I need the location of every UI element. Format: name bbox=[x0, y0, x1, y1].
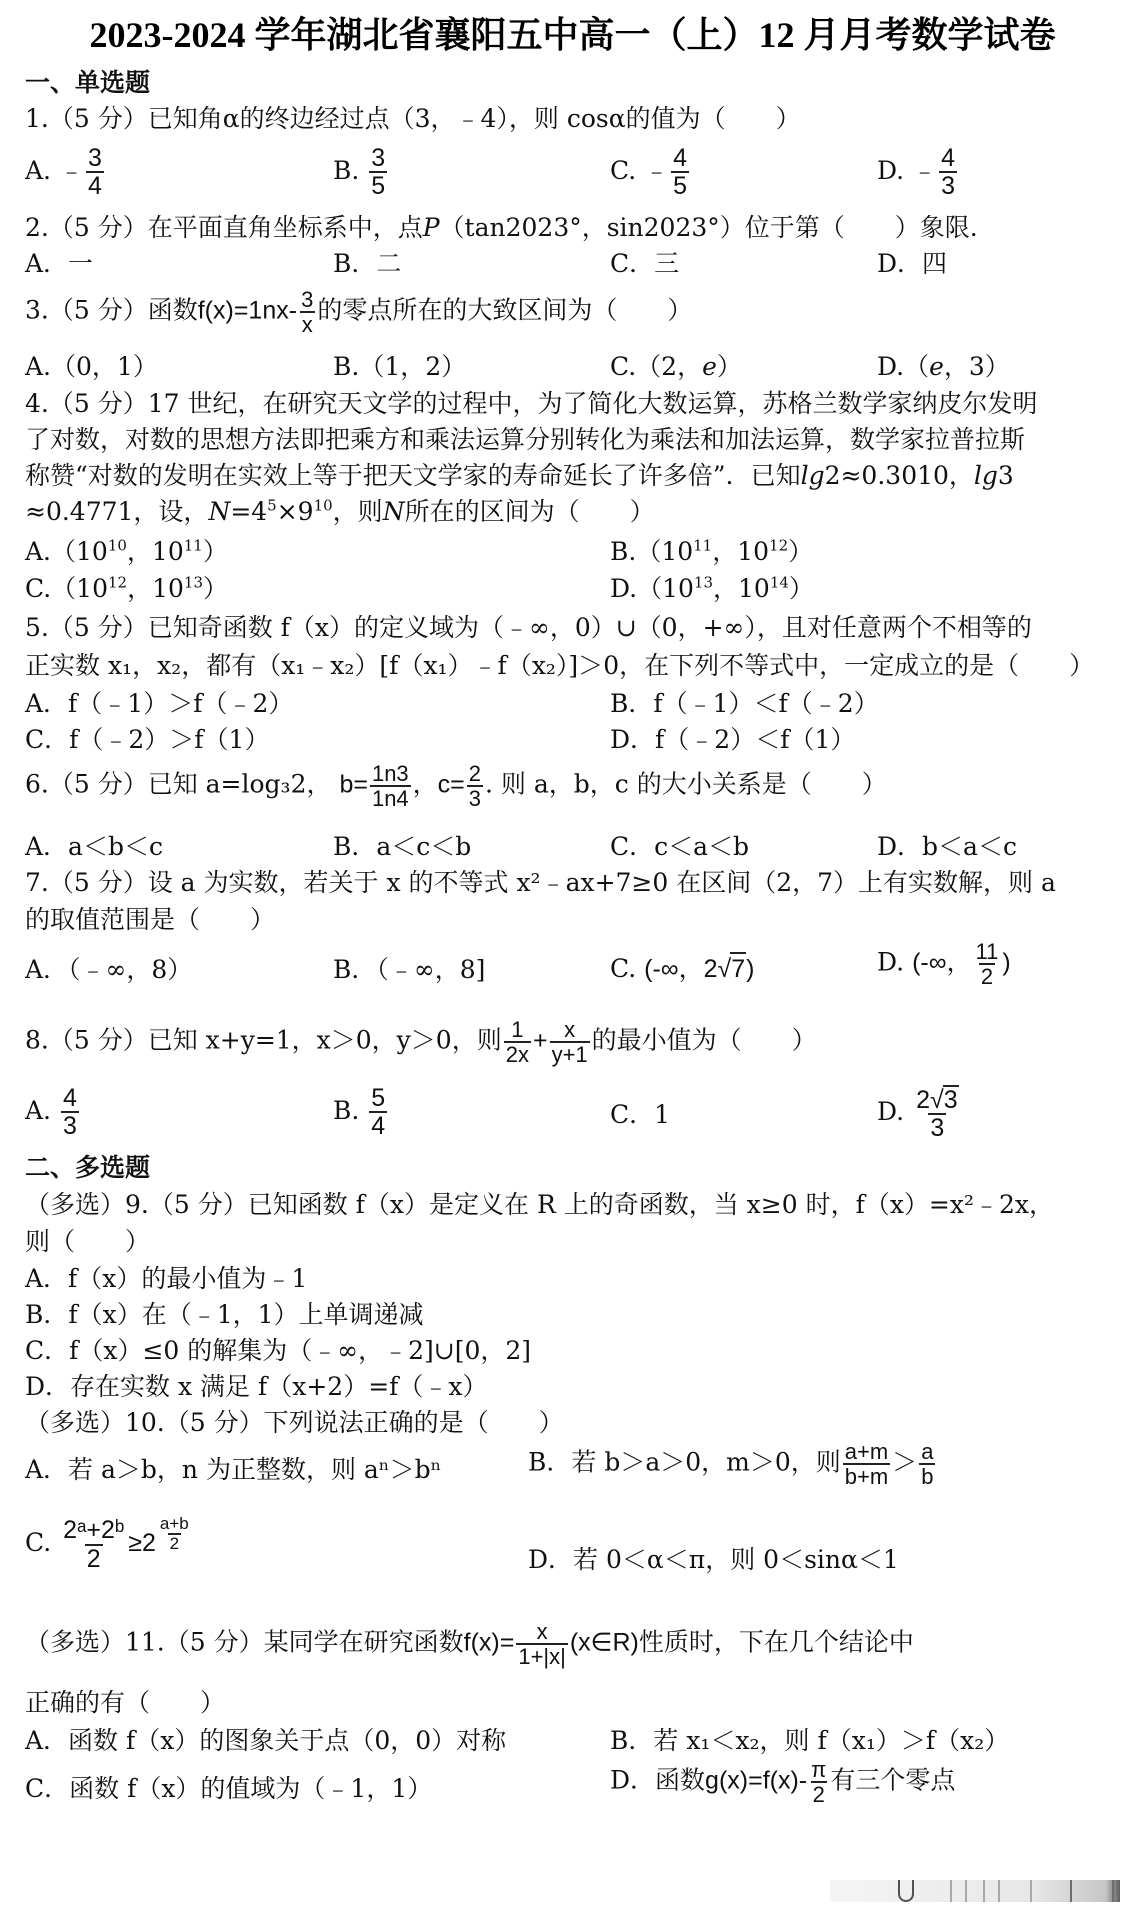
q4-option-a[interactable]: A.（1010，1011） bbox=[25, 537, 228, 567]
q3-option-d[interactable]: D.（e，3） bbox=[877, 352, 1010, 382]
q11-line-2: 正确的有（ ） bbox=[25, 1688, 225, 1718]
q10-stem: （多选）10.（5 分）下列说法正确的是（ ） bbox=[25, 1408, 564, 1438]
q1-option-b[interactable]: B. 35 bbox=[333, 145, 389, 200]
q1-option-a[interactable]: A. ﹣34 bbox=[25, 145, 106, 200]
q7-option-c[interactable]: C. (-∞，2√7) bbox=[610, 952, 755, 984]
section-single-choice: 一、单选题 bbox=[25, 68, 150, 98]
exam-paper: 2023-2024 学年湖北省襄阳五中高一（上）12 月月考数学试卷 一、单选题… bbox=[0, 0, 1145, 1923]
q10-option-c[interactable]: C. 2ᵃ+2ᵇ2≥2a+b2 bbox=[25, 1515, 193, 1572]
q7-option-b[interactable]: B．（﹣∞，8] bbox=[333, 955, 485, 985]
q5-option-a[interactable]: A．f（﹣1）＞f（﹣2） bbox=[25, 689, 293, 719]
q9-line-2: 则（ ） bbox=[25, 1227, 150, 1257]
q7-option-a[interactable]: A．（﹣∞，8） bbox=[25, 955, 192, 985]
q8-option-c[interactable]: C．1 bbox=[610, 1100, 670, 1130]
q4-line-1: 4.（5 分）17 世纪，在研究天文学的过程中，为了简化大数运算，苏格兰数学家纳… bbox=[25, 389, 1037, 419]
q2-option-c[interactable]: C．三 bbox=[610, 249, 679, 279]
q4-option-c[interactable]: C.（1012，1013） bbox=[25, 574, 228, 604]
q10-option-d[interactable]: D．若 0＜α＜π，则 0＜sinα＜1 bbox=[528, 1545, 899, 1575]
q4-option-b[interactable]: B.（1011，1012） bbox=[610, 537, 813, 567]
q9-option-a[interactable]: A．f（x）的最小值为﹣1 bbox=[25, 1264, 307, 1294]
q8-option-d[interactable]: D. 2√33 bbox=[877, 1085, 963, 1142]
q2-option-d[interactable]: D．四 bbox=[877, 249, 947, 279]
q4-line-2: 了对数，对数的思想方法即把乘方和乘法运算分别转化为乘法和加法运算，数学家拉普拉斯 bbox=[25, 425, 1025, 455]
q6-stem: 6.（5 分）已知 a=log₃2， b=1n31n4，c=23. 则 a，b，… bbox=[25, 762, 887, 810]
q8-option-a[interactable]: A. 43 bbox=[25, 1085, 81, 1140]
q11-option-c[interactable]: C．函数 f（x）的值域为（﹣1，1） bbox=[25, 1774, 432, 1804]
q8-stem: 8.（5 分）已知 x+y=1，x＞0，y＞0，则12x+xy+1的最小值为（ … bbox=[25, 1018, 817, 1066]
q3-option-c[interactable]: C.（2，e） bbox=[610, 352, 742, 382]
q9-line-1: （多选）9.（5 分）已知函数 f（x）是定义在 R 上的奇函数，当 x≥0 时… bbox=[25, 1190, 1054, 1220]
q7-line-2: 的取值范围是（ ） bbox=[25, 905, 275, 935]
scan-artifact-bar bbox=[830, 1880, 1120, 1902]
q10-option-b[interactable]: B．若 b＞a＞0，m＞0，则a+mb+m＞ab bbox=[528, 1440, 937, 1488]
q2-stem: 2.（5 分）在平面直角坐标系中，点P（tan2023°，sin2023°）位于… bbox=[25, 213, 978, 243]
q8-option-b[interactable]: B. 54 bbox=[333, 1085, 389, 1140]
q7-option-d[interactable]: D. (-∞，112) bbox=[877, 940, 1011, 988]
q11-option-a[interactable]: A．函数 f（x）的图象关于点（0，0）对称 bbox=[25, 1726, 506, 1756]
q4-line-3: 称赞“对数的发明在实效上等于把天文学家的寿命延长了许多倍”．已知lg2≈0.30… bbox=[25, 461, 1014, 491]
q9-option-b[interactable]: B．f（x）在（﹣1，1）上单调递减 bbox=[25, 1300, 424, 1330]
q5-line-1: 5.（5 分）已知奇函数 f（x）的定义域为（﹣∞，0）∪（0，+∞），且对任意… bbox=[25, 613, 1032, 643]
q11-option-b[interactable]: B．若 x₁＜x₂，则 f（x₁）＞f（x₂） bbox=[610, 1726, 1009, 1756]
q1-option-d[interactable]: D. ﹣43 bbox=[877, 145, 959, 200]
scan-artifact-icon bbox=[898, 1880, 914, 1902]
q6-option-c[interactable]: C．c＜a＜b bbox=[610, 832, 749, 862]
q11-stem: （多选）11.（5 分）某同学在研究函数f(x)=x1+|x|(x∈R)性质时，… bbox=[25, 1620, 914, 1668]
q3-stem: 3.（5 分）函数f(x)=1nx-3x的零点所在的大致区间为（ ） bbox=[25, 288, 692, 336]
q6-option-d[interactable]: D．b＜a＜c bbox=[877, 832, 1017, 862]
q3-option-a[interactable]: A.（0，1） bbox=[25, 352, 158, 382]
q5-option-d[interactable]: D．f（﹣2）＜f（1） bbox=[610, 725, 855, 755]
q4-line-4: ≈0.4771，设，N=45×910，则N所在的区间为（ ） bbox=[25, 497, 655, 527]
q11-option-d[interactable]: D．函数g(x)=f(x)-π2有三个零点 bbox=[610, 1758, 955, 1806]
q1-stem: 1.（5 分）已知角α的终边经过点（3，﹣4），则 cosα的值为（ ） bbox=[25, 104, 801, 134]
q5-option-b[interactable]: B．f（﹣1）＜f（﹣2） bbox=[610, 689, 879, 719]
q7-line-1: 7.（5 分）设 a 为实数，若关于 x 的不等式 x²﹣ax+7≥0 在区间（… bbox=[25, 868, 1056, 898]
q9-option-d[interactable]: D．存在实数 x 满足 f（x+2）=f（﹣x） bbox=[25, 1372, 488, 1402]
q6-option-a[interactable]: A．a＜b＜c bbox=[25, 832, 163, 862]
q1-option-c[interactable]: C. ﹣45 bbox=[610, 145, 691, 200]
q4-option-d[interactable]: D.（1013，1014） bbox=[610, 574, 814, 604]
q9-option-c[interactable]: C．f（x）≤0 的解集为（﹣∞，﹣2]∪[0，2] bbox=[25, 1336, 531, 1366]
q6-option-b[interactable]: B．a＜c＜b bbox=[333, 832, 471, 862]
q3-option-b[interactable]: B.（1，2） bbox=[333, 352, 466, 382]
section-multi-choice: 二、多选题 bbox=[25, 1153, 150, 1183]
q5-option-c[interactable]: C．f（﹣2）＞f（1） bbox=[25, 725, 269, 755]
exam-title: 2023-2024 学年湖北省襄阳五中高一（上）12 月月考数学试卷 bbox=[0, 14, 1145, 57]
q2-option-a[interactable]: A．一 bbox=[25, 249, 93, 279]
q10-option-a[interactable]: A．若 a＞b，n 为正整数，则 aⁿ＞bⁿ bbox=[25, 1455, 441, 1485]
q5-line-2: 正实数 x₁，x₂，都有（x₁﹣x₂）[f（x₁）﹣f（x₂）]＞0，在下列不等… bbox=[25, 651, 1094, 681]
q2-option-b[interactable]: B．二 bbox=[333, 249, 401, 279]
